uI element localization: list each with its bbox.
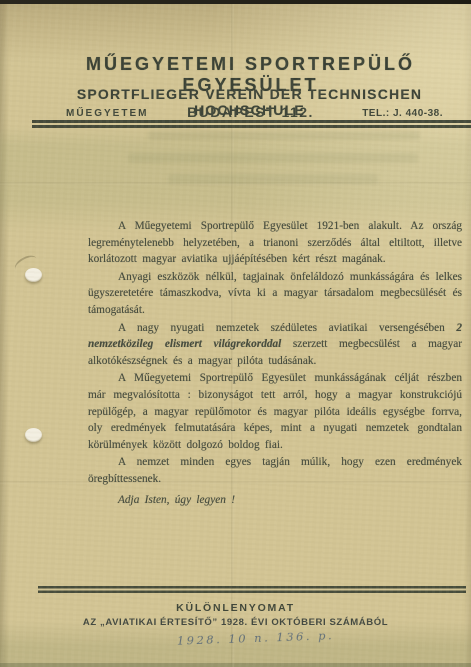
letterhead-phone: TEL.: J. 440-38. bbox=[362, 108, 443, 119]
punch-hole bbox=[25, 268, 42, 282]
paragraph-nation: A nemzet minden egyes tagján múlik, hogy… bbox=[88, 454, 462, 487]
paragraph-founding: A Műegyetemi Sportrepülő Egyesület 1921-… bbox=[88, 218, 462, 268]
punch-hole bbox=[25, 428, 42, 442]
ink-showthrough bbox=[148, 131, 420, 140]
paragraph-records: A nagy nyugati nemzetek szédületes aviat… bbox=[88, 320, 462, 370]
paragraph-achievements: A Műegyetemi Sportrepülő Egyesület munká… bbox=[88, 370, 462, 453]
paragraph-support: Anyagi eszközök nélkül, tagjainak önfelá… bbox=[88, 269, 462, 319]
ink-showthrough bbox=[168, 174, 378, 184]
closing-line: Adja Isten, úgy legyen ! bbox=[88, 492, 462, 509]
footer-double-rule bbox=[38, 586, 466, 593]
reprint-title: KÜLÖNLENYOMAT bbox=[0, 602, 471, 614]
letterhead-address-row: MŰEGYETEM BUDAPEST 112. TEL.: J. 440-38. bbox=[30, 104, 471, 121]
scanned-document-photo: MŰEGYETEMI SPORTREPÜLŐ EGYESÜLET SPORTFL… bbox=[0, 0, 471, 667]
ink-showthrough bbox=[128, 153, 418, 163]
records-text-pre: A nagy nyugati nemzetek szédületes aviat… bbox=[118, 322, 456, 334]
document-page: MŰEGYETEMI SPORTREPÜLŐ EGYESÜLET SPORTFL… bbox=[0, 4, 471, 667]
body-text: A Műegyetemi Sportrepülő Egyesület 1921-… bbox=[88, 218, 462, 509]
header-double-rule bbox=[32, 120, 471, 128]
